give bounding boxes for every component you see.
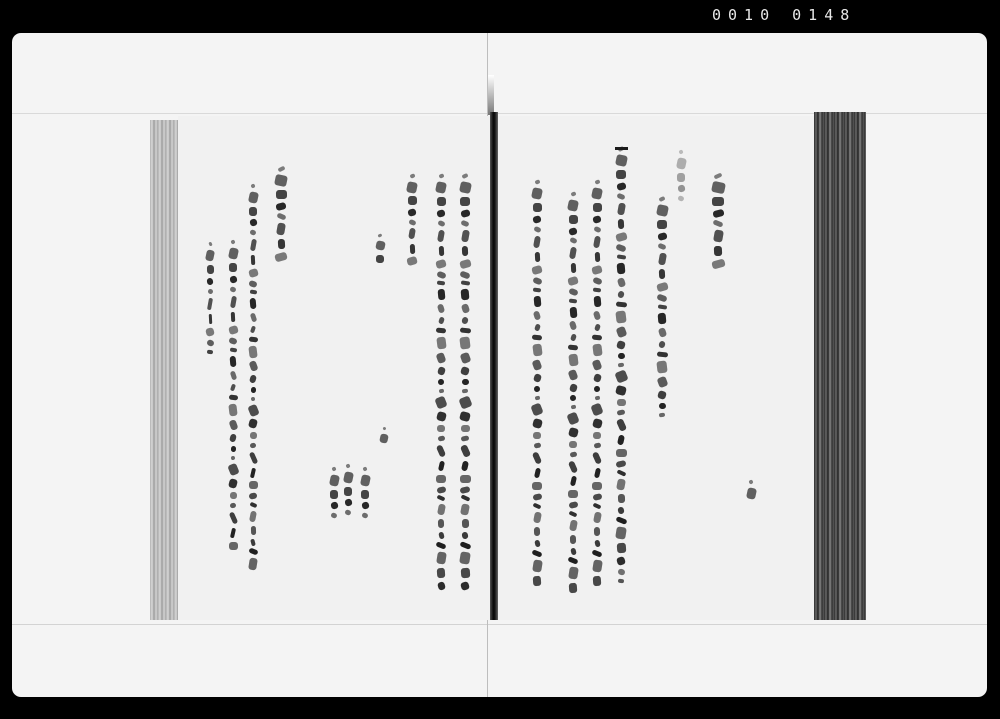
handwritten-column (340, 462, 356, 517)
spine-top (488, 75, 494, 115)
film-crease (12, 624, 987, 625)
handwritten-column (326, 465, 342, 520)
handwritten-column (404, 172, 420, 267)
frame-number: 0010 0148 (712, 6, 856, 24)
handwritten-column (529, 178, 545, 588)
numeral-one-mark (615, 147, 628, 150)
handwritten-column (202, 240, 218, 360)
handwritten-column (372, 232, 388, 264)
handwritten-column (565, 190, 581, 595)
handwritten-column (613, 145, 629, 590)
handwritten-column (433, 172, 449, 592)
handwritten-column (245, 182, 261, 572)
handwritten-column (654, 195, 670, 420)
handwritten-column (743, 478, 759, 506)
handwritten-column (376, 425, 392, 445)
handwritten-column (225, 238, 241, 553)
book-spine (490, 112, 498, 620)
handwritten-column (673, 148, 689, 203)
handwritten-column (357, 465, 373, 520)
handwritten-column (457, 172, 473, 592)
page-edges-right (814, 112, 866, 620)
handwritten-column (273, 165, 289, 265)
page-edges-left (150, 120, 180, 620)
handwritten-column (589, 178, 605, 588)
handwritten-column (710, 172, 726, 272)
